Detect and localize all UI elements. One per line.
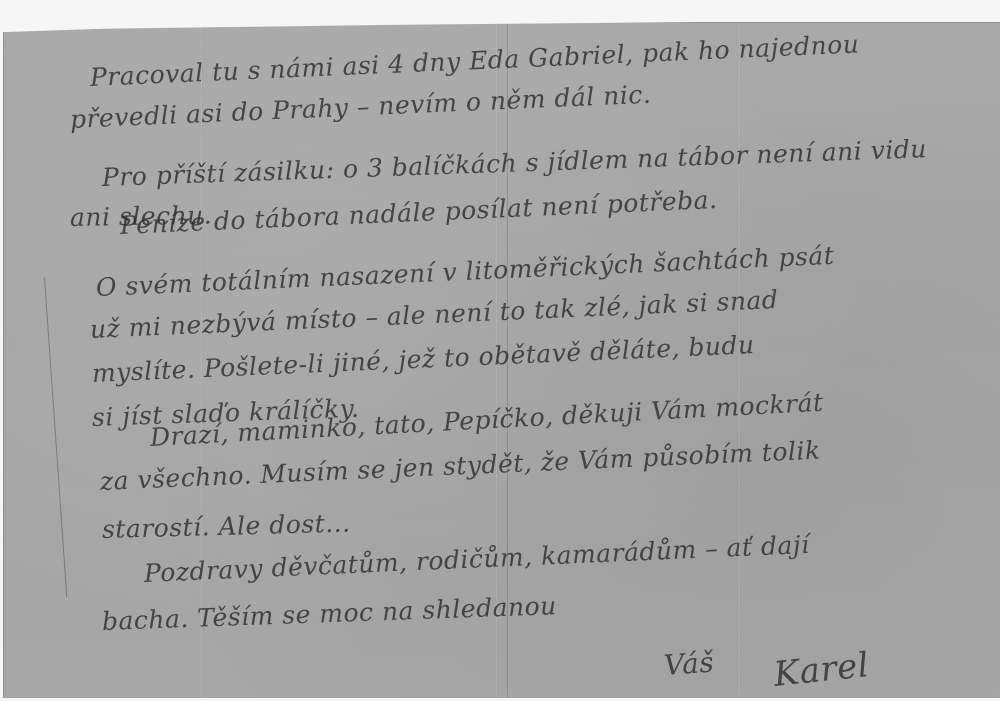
letter-line-1: Pracoval tu s námi asi 4 dny Eda Gabriel…: [89, 29, 860, 92]
margin-line: [44, 278, 67, 597]
letter-line-12: starostí. Ale dost...: [102, 508, 351, 543]
paper-sheet: Pracoval tu s námi asi 4 dny Eda Gabriel…: [3, 22, 1000, 698]
letter-line-3: Pro příští zásilku: o 3 balíčkách s jídl…: [101, 134, 927, 192]
letter-line-14: bacha. Těším se moc na shledanou: [101, 591, 557, 636]
signature-name: Karel: [772, 645, 871, 695]
scanned-letter: Pracoval tu s námi asi 4 dny Eda Gabriel…: [0, 0, 1000, 701]
letter-line-5: Peníze do tábora nadále posílat není pot…: [119, 185, 718, 240]
paper-fold: [739, 23, 741, 698]
signature-closing: Váš: [663, 646, 715, 682]
